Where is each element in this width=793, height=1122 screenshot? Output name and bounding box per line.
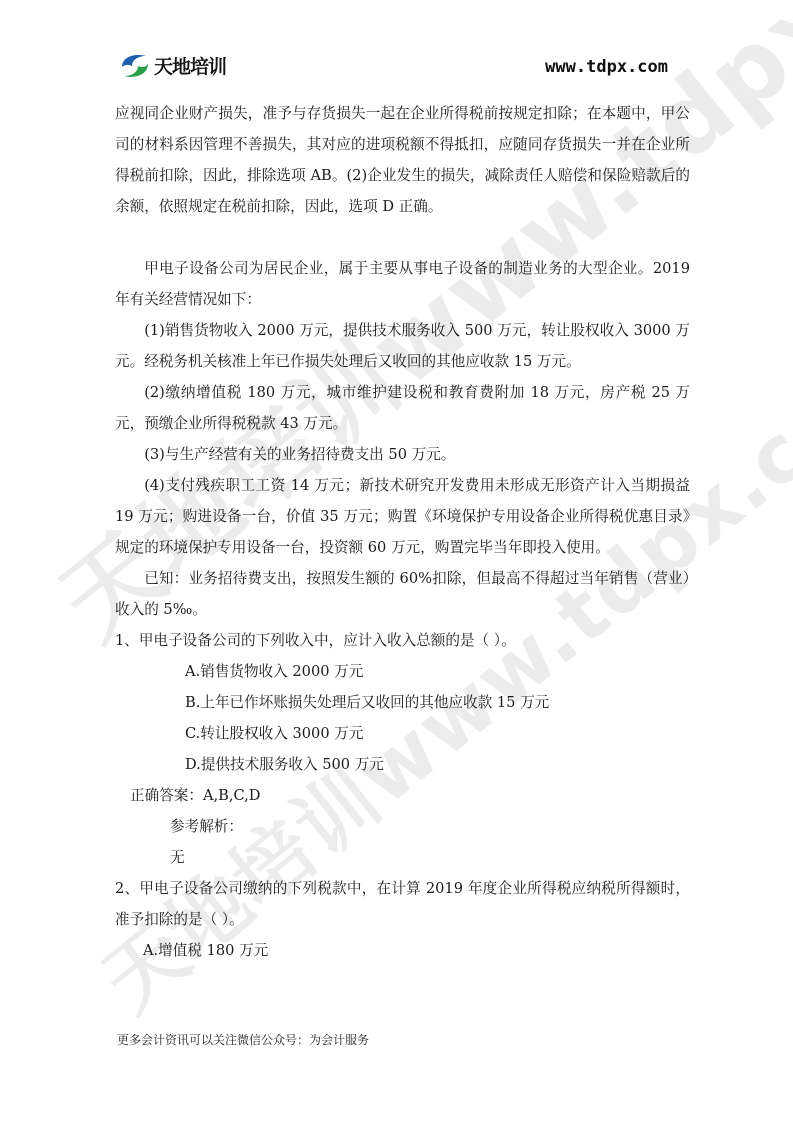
site-url: www.tdpx.com <box>545 57 668 77</box>
spacer <box>115 222 690 253</box>
question-1-option-d: D.提供技术服务收入 500 万元 <box>115 749 690 780</box>
page-footer: 更多会计资讯可以关注微信公众号：为会计服务 <box>117 1031 369 1048</box>
case-item-4: (4)支付残疾职工工资 14 万元；新技术研究开发费用未形成无形资产计入当期损益… <box>115 470 690 563</box>
case-item-1: (1)销售货物收入 2000 万元，提供技术服务收入 500 万元，转让股权收入… <box>115 315 690 377</box>
question-1-analysis-label: 参考解析： <box>115 811 690 842</box>
logo: 天地培训 <box>120 52 226 79</box>
question-1-analysis-text: 无 <box>115 842 690 873</box>
case-intro: 甲电子设备公司为居民企业，属于主要从事电子设备的制造业务的大型企业。2019 年… <box>115 253 690 315</box>
document-body: 应视同企业财产损失，准予与存货损失一起在企业所得税前按规定扣除；在本题中，甲公司… <box>115 98 690 966</box>
previous-explanation: 应视同企业财产损失，准予与存货损失一起在企业所得税前按规定扣除；在本题中，甲公司… <box>115 98 690 222</box>
question-2-stem: 2、甲电子设备公司缴纳的下列税款中，在计算 2019 年度企业所得税应纳税所得额… <box>115 873 690 935</box>
question-1-answer: 正确答案：A,B,C,D <box>115 780 690 811</box>
question-2-option-a: A.增值税 180 万元 <box>115 935 690 966</box>
question-1-option-b: B.上年已作坏账损失处理后又收回的其他应收款 15 万元 <box>115 687 690 718</box>
logo-swoosh-icon <box>120 53 150 79</box>
question-1-stem: 1、甲电子设备公司的下列收入中，应计入收入总额的是（ ）。 <box>115 625 690 656</box>
question-1-option-c: C.转让股权收入 3000 万元 <box>115 718 690 749</box>
case-item-3: (3)与生产经营有关的业务招待费支出 50 万元。 <box>115 439 690 470</box>
page-header: 天地培训 www.tdpx.com <box>0 0 793 95</box>
known-conditions: 已知：业务招待费支出，按照发生额的 60%扣除，但最高不得超过当年销售（营业）收… <box>115 563 690 625</box>
case-item-2: (2)缴纳增值税 180 万元，城市维护建设税和教育费附加 18 万元，房产税 … <box>115 377 690 439</box>
question-1-option-a: A.销售货物收入 2000 万元 <box>115 656 690 687</box>
logo-text: 天地培训 <box>154 52 226 79</box>
